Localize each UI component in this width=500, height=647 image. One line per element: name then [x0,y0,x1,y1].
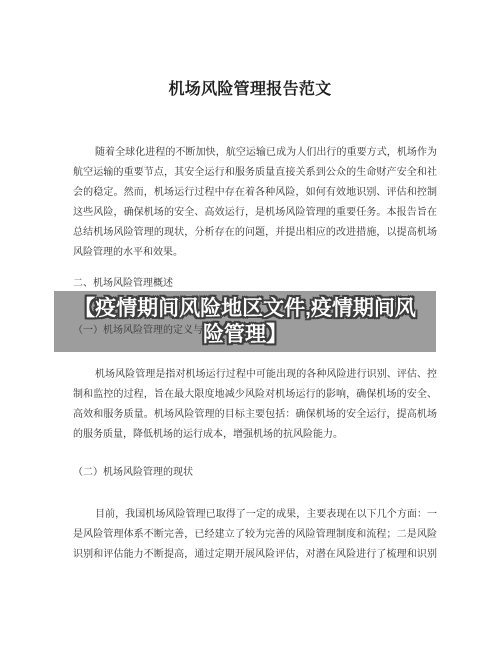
paragraph-line: 高效和服务质量。机场风险管理的目标主要包括：确保机场的安全运行，提高机场 [73,405,437,425]
document-title: 机场风险管理报告范文 [0,76,500,99]
paragraph-line: 航空运输的重要节点，其安全运行和服务质量直接关系到公众的生命财产安全和社 [73,163,437,183]
document-page: 机场风险管理报告范文 随着全球化进程的不断加快，航空运输已成为人们出行的重要方式… [0,0,500,647]
subsection-heading-status: （二）机场风险管理的现状 [73,463,193,483]
paragraph-line: 制和监控的过程，旨在最大限度地减少风险对机场运行的影响，确保机场的安全、 [73,385,437,405]
paragraph-line: 这些风险，确保机场的安全、高效运行，是机场风险管理的重要任务。本报告旨在 [73,203,437,223]
paragraph-line: 是风险管理体系不断完善，已经建立了较为完善的风险管理制度和流程；二是风险 [73,525,437,545]
intro-paragraph: 随着全球化进程的不断加快，航空运输已成为人们出行的重要方式，机场作为 航空运输的… [73,143,437,263]
watermark-text-line-2: 险管理】 [203,322,287,348]
paragraph-line: 会的稳定。然而，机场运行过程中存在着各种风险，如何有效地识别、评估和控制 [73,183,437,203]
paragraph-line: 目前，我国机场风险管理已取得了一定的成果，主要表现在以下几个方面：一 [73,505,437,525]
definition-paragraph: 机场风险管理是指对机场运行过程中可能出现的各种风险进行识别、评估、控 制和监控的… [73,365,437,445]
paragraph-line: 总结机场风险管理的现状，分析存在的问题，并提出相应的改进措施，以提高机场 [73,223,437,243]
paragraph-line: 的服务质量，降低机场的运行成本，增强机场的抗风险能力。 [73,425,437,445]
paragraph-line: 随着全球化进程的不断加快，航空运输已成为人们出行的重要方式，机场作为 [73,143,437,163]
status-paragraph: 目前，我国机场风险管理已取得了一定的成果，主要表现在以下几个方面：一 是风险管理… [73,505,437,565]
watermark-overlay: 【疫情期间风险地区文件,疫情期间风 险管理】 [54,291,436,352]
paragraph-line: 风险管理的水平和效果。 [73,243,437,263]
paragraph-line: 识别和评估能力不断提高，通过定期开展风险评估，对潜在风险进行了梳理和识别 [73,545,437,565]
paragraph-line: 机场风险管理是指对机场运行过程中可能出现的各种风险进行识别、评估、控 [73,365,437,385]
watermark-text-line-1: 【疫情期间风险地区文件,疫情期间风 [74,296,416,322]
